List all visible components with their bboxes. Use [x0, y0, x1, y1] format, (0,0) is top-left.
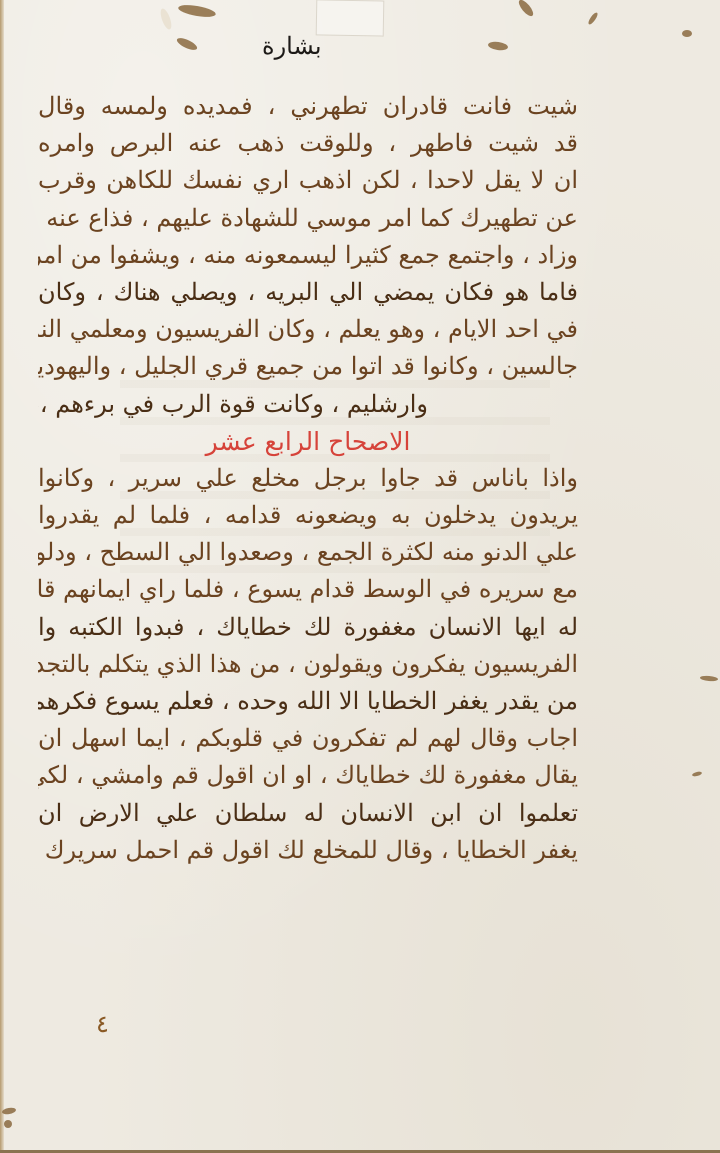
text-line: واذا باناس قد جاوا برجل مخلع علي سرير ، … — [38, 460, 578, 497]
wormhole-stain — [488, 41, 509, 52]
text-line: جالسين ، وكانوا قد اتوا من جميع قري الجل… — [38, 348, 578, 385]
wormhole-stain — [158, 7, 173, 30]
text-line: ان لا يقل لاحدا ، لكن اذهب اري نفسك للكا… — [38, 162, 578, 199]
wormhole-stain — [692, 771, 703, 777]
text-line: يريدون يدخلون به ويضعونه قدامه ، فلما لم… — [38, 497, 578, 534]
text-line: اجاب وقال لهم لم تفكرون في قلوبكم ، ايما… — [38, 720, 578, 757]
catchword-top: بشارة — [262, 32, 322, 60]
text-line: عن تطهيرك كما امر موسي للشهادة عليهم ، ف… — [38, 200, 578, 237]
wormhole-stain — [4, 1120, 12, 1128]
text-line: فاما هو فكان يمضي الي البريه ، ويصلي هنا… — [38, 274, 578, 311]
manuscript-text: شيت فانت قادران تطهرني ، فمديده ولمسه وق… — [38, 88, 578, 869]
text-line: علي الدنو منه لكثرة الجمع ، وصعدوا الي ا… — [38, 534, 578, 571]
text-line: الفريسيون يفكرون ويقولون ، من هذا الذي ي… — [38, 646, 578, 683]
text-line: وارشليم ، وكانت قوة الرب في برءهم ،، — [38, 386, 578, 423]
text-line: له ايها الانسان مغفورة لك خطاياك ، فبدوا… — [38, 609, 578, 646]
text-line: مع سريره في الوسط قدام يسوع ، فلما راي ا… — [38, 571, 578, 608]
text-line: يغفر الخطايا ، وقال للمخلع لك اقول قم اح… — [38, 832, 578, 869]
wormhole-stain — [700, 675, 718, 682]
text-line: قد شيت فاطهر ، وللوقت ذهب عنه البرص وامر… — [38, 125, 578, 162]
chapter-heading: الاصحاح الرابع عشر — [38, 423, 578, 460]
text-line: في احد الايام ، وهو يعلم ، وكان الفريسيو… — [38, 311, 578, 348]
text-line: وزاد ، واجتمع جمع كثيرا ليسمعونه منه ، و… — [38, 237, 578, 274]
text-line: تعلموا ان ابن الانسان له سلطان علي الارض… — [38, 795, 578, 832]
wormhole-stain — [175, 36, 198, 53]
wormhole-stain — [177, 3, 216, 19]
wormhole-stain — [587, 11, 599, 25]
text-line: شيت فانت قادران تطهرني ، فمديده ولمسه وق… — [38, 88, 578, 125]
text-line: من يقدر يغفر الخطايا الا الله وحده ، فعل… — [38, 683, 578, 720]
text-line: يقال مغفورة لك خطاياك ، او ان اقول قم وا… — [38, 757, 578, 794]
page-number: ٤ — [96, 1010, 109, 1038]
page-binding-edge — [0, 0, 4, 1153]
wormhole-stain — [517, 0, 536, 18]
wormhole-stain — [682, 30, 692, 37]
repair-tape — [316, 0, 385, 37]
manuscript-page: بشارة شيت فانت قادران تطهرني ، فمديده ول… — [0, 0, 720, 1153]
